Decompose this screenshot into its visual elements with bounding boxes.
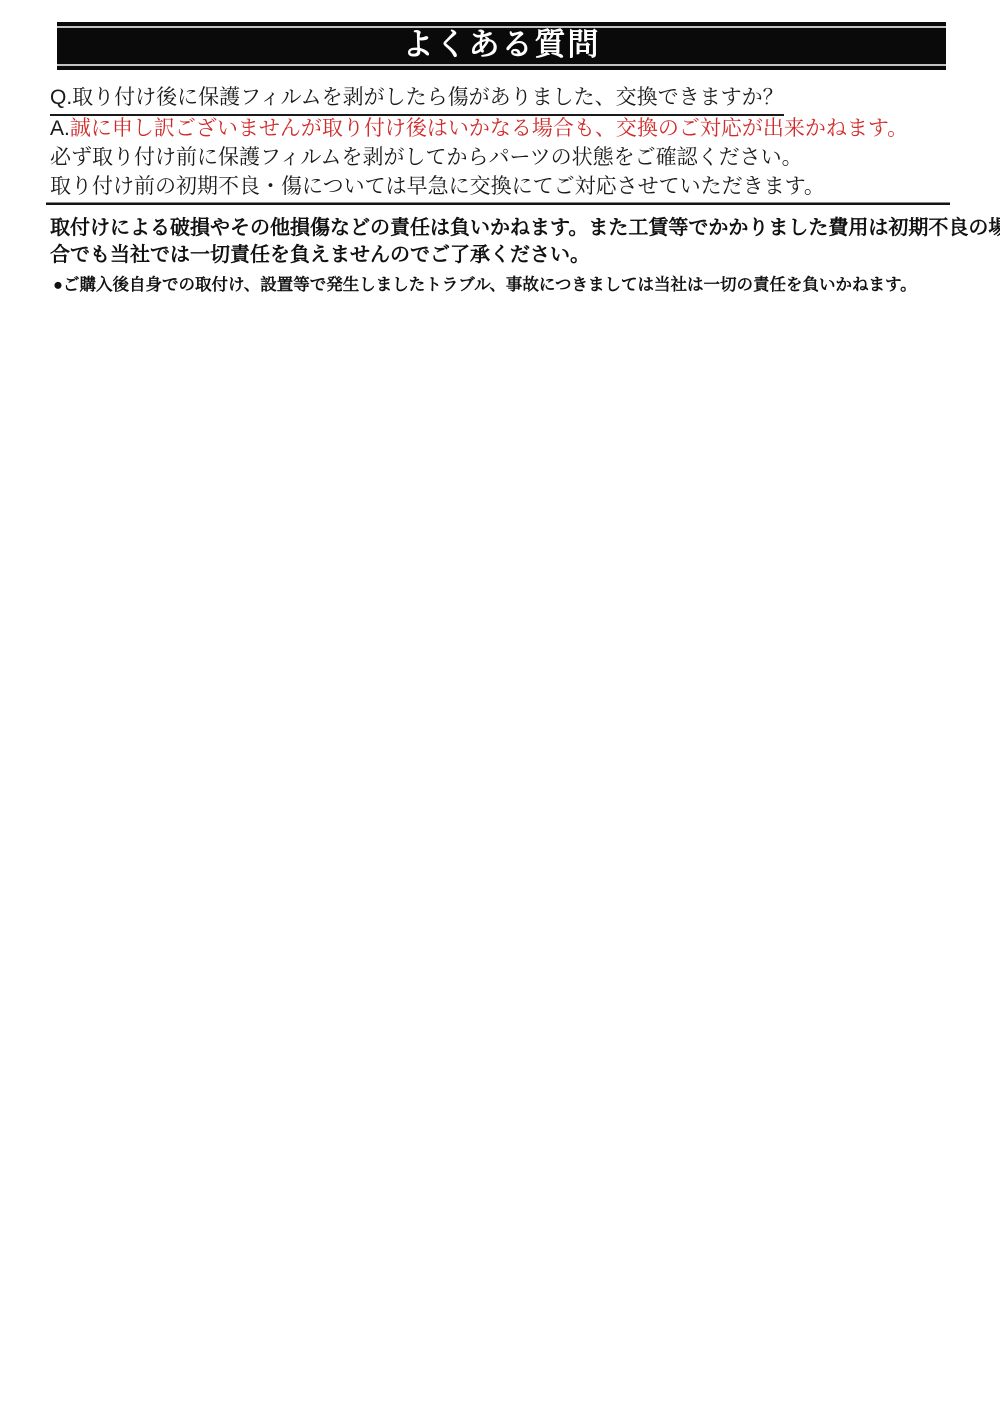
disclaimer-bullet-note: ●ご購入後自身での取付け、設置等で発生しましたトラブル、事故につきましては当社は… xyxy=(53,271,917,295)
disclaimer-paragraph: 取付けによる破損やその他損傷などの責任は負いかねます。また工賃等でかかりました費… xyxy=(50,215,962,269)
horizontal-divider-rule xyxy=(46,202,950,205)
faq-note-line-2: 取り付け前の初期不良・傷については早急に交換にてご対応させていただきます。 xyxy=(50,170,825,200)
disclaimer-line-1: 取付けによる破損やその他損傷などの責任は負いかねます。また工賃等でかかりました費… xyxy=(50,215,962,242)
page-title: よくある質問 xyxy=(57,22,946,70)
faq-answer-line: A.誠に申し訳ございませんが取り付け後はいかなる場合も、交換のご対応が出来かねま… xyxy=(50,112,908,142)
faq-answer-prefix: A. xyxy=(50,117,70,140)
faq-answer-highlighted-text: 誠に申し訳ございませんが取り付け後はいかなる場合も、交換のご対応が出来かねます。 xyxy=(70,117,908,140)
faq-question-line: Q.取り付け後に保護フィルムを剥がしたら傷がありました、交換できますか？ xyxy=(50,81,784,116)
faq-header-banner: よくある質問 xyxy=(57,22,946,70)
disclaimer-line-2: 合でも当社では一切責任を負えませんのでご了承ください。 xyxy=(50,242,962,269)
faq-document-page: よくある質問 Q.取り付け後に保護フィルムを剥がしたら傷がありました、交換できま… xyxy=(0,0,1000,1415)
faq-question-text: Q.取り付け後に保護フィルムを剥がしたら傷がありました、交換できますか？ xyxy=(50,81,784,116)
faq-note-line-1: 必ず取り付け前に保護フィルムを剥がしてからパーツの状態をご確認ください。 xyxy=(50,141,803,171)
